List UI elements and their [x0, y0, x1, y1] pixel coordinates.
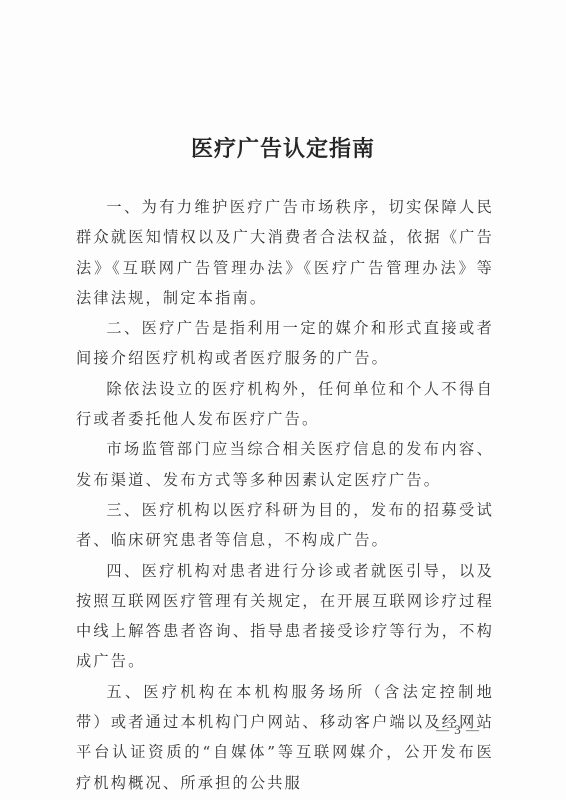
- paragraph-2: 二、医疗广告是指利用一定的媒介和形式直接或者间接介绍医疗机构或者医疗服务的广告。: [76, 313, 494, 374]
- paragraph-7: 五、医疗机构在本机构服务场所（含法定控制地带）或者通过本机构门户网站、移动客户端…: [76, 677, 494, 798]
- paragraph-6: 四、医疗机构对患者进行分诊或者就医引导，以及按照互联网医疗管理有关规定，在开展互…: [76, 556, 494, 677]
- paragraph-4: 市场监管部门应当综合相关医疗信息的发布内容、发布渠道、发布方式等多种因素认定医疗…: [76, 434, 494, 495]
- paragraph-3: 除依法设立的医疗机构外，任何单位和个人不得自行或者委托他人发布医疗广告。: [76, 374, 494, 435]
- page-title: 医疗广告认定指南: [0, 132, 566, 163]
- paragraph-5: 三、医疗机构以医疗科研为目的，发布的招募受试者、临床研究患者等信息，不构成广告。: [76, 495, 494, 556]
- page-number: — 3 —: [436, 722, 480, 738]
- paragraph-1: 一、为有力维护医疗广告市场秩序，切实保障人民群众就医知情权以及广大消费者合法权益…: [76, 192, 494, 313]
- document-body: 一、为有力维护医疗广告市场秩序，切实保障人民群众就医知情权以及广大消费者合法权益…: [76, 192, 494, 798]
